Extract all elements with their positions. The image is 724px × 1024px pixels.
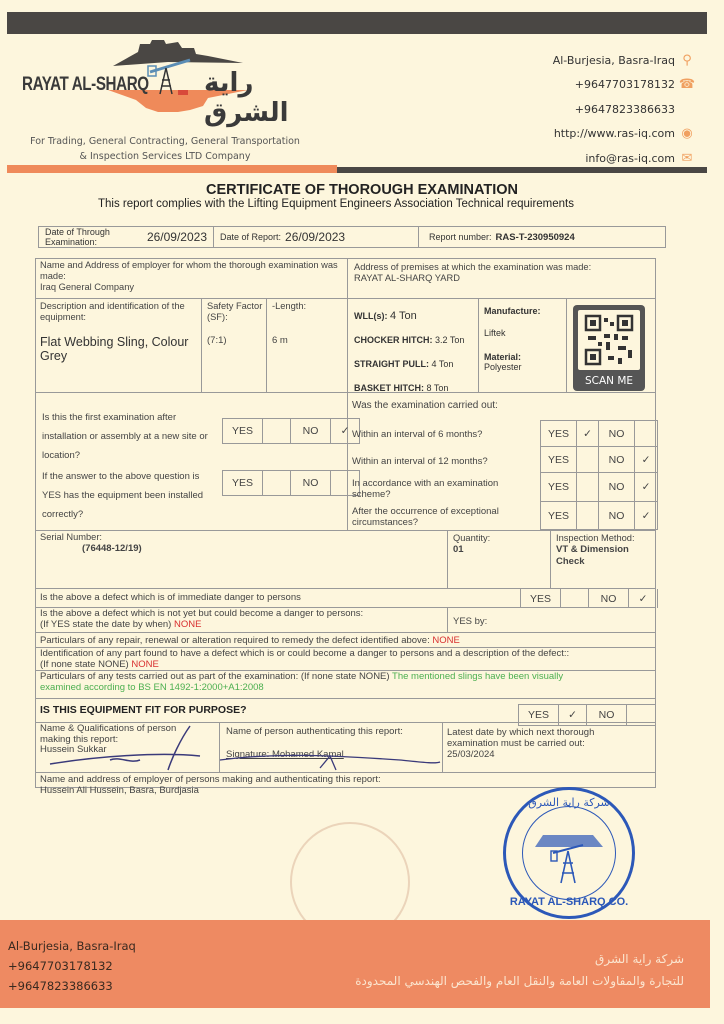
carried-out-no-checkbox[interactable]: ✓ — [635, 502, 657, 529]
envelope-icon: ✉ — [680, 151, 694, 165]
length-cell: -Length: 6 m — [272, 301, 342, 346]
inspection-method-cell: Inspection Method: VT & Dimension Check — [556, 533, 654, 568]
employer-cell: Name and Address of employer for whom th… — [40, 260, 340, 293]
repair-answer: NONE — [432, 635, 459, 646]
yes-by-label: YES by: — [453, 616, 487, 627]
footer-band: Al-Burjesia, Basra-Iraq +9647703178132 +… — [0, 920, 710, 1008]
immediate-danger-yes-no: YES NO ✓ — [520, 589, 658, 608]
installed-question: If the answer to the above question is Y… — [42, 467, 217, 524]
header-orange-divider — [7, 165, 337, 173]
footer-phone-1: +9647703178132 — [8, 956, 136, 976]
certificate-title: CERTIFICATE OF THOROUGH EXAMINATION — [0, 182, 724, 198]
identification-cell: Identification of any part found to have… — [40, 648, 569, 670]
premises-address: RAYAT AL-SHARQ YARD — [354, 273, 654, 284]
footer-arabic-name: شركة راية الشرق للتجارة والمقاولات العام… — [355, 948, 684, 992]
contact-website[interactable]: http://www.ras-iq.com◉ — [553, 122, 694, 147]
quantity: 01 — [453, 544, 490, 555]
carried-out-yes-no: YES✓NO — [540, 420, 658, 447]
contact-phone-1: +9647703178132☎ — [553, 73, 694, 98]
carried-out-question: Within an interval of 6 months? — [352, 423, 532, 446]
header-top-bar — [7, 12, 707, 34]
dates-row: Date of Through Examination:26/09/2023 D… — [38, 226, 666, 248]
carried-out-no-checkbox[interactable] — [635, 421, 657, 446]
straight-pull: 4 Ton — [432, 359, 454, 369]
safety-factor-cell: Safety Factor (SF): (7:1) — [207, 301, 263, 346]
qr-code[interactable]: SCAN ME — [573, 305, 645, 391]
exam-date-cell: Date of Through Examination:26/09/2023 — [39, 227, 214, 247]
future-danger-answer: NONE — [174, 619, 201, 630]
exam-date: 26/09/2023 — [147, 230, 207, 244]
first-exam-yes-no: YES NO ✓ — [222, 418, 360, 444]
contact-phone-2: +9647823386633 — [553, 97, 694, 122]
handwritten-signatures-icon — [40, 720, 460, 780]
carried-out-yes-checkbox[interactable]: ✓ — [577, 421, 599, 446]
first-exam-question: Is this the first examination after inst… — [42, 408, 217, 465]
company-name-en: RAYAT AL-SHARQ — [22, 74, 149, 96]
scan-me-label: SCAN ME — [573, 375, 645, 387]
tests-answer: The mentioned slings have been visually — [392, 671, 563, 682]
carried-out-yes-checkbox[interactable] — [577, 447, 599, 472]
installed-yes-checkbox[interactable] — [263, 471, 291, 495]
carried-out-question: In accordance with an examination scheme… — [352, 476, 532, 501]
carried-out-yes-checkbox[interactable] — [577, 502, 599, 529]
material: Polyester — [484, 362, 564, 372]
employer-name: Iraq General Company — [40, 282, 340, 293]
footer-phone-2: +9647823386633 — [8, 976, 136, 996]
contact-address: Al-Burjesia, Basra-Iraq⚲ — [553, 48, 694, 73]
next-exam-date: 25/03/2024 — [447, 749, 594, 760]
quantity-cell: Quantity: 01 — [453, 533, 490, 555]
carried-out-no-checkbox[interactable]: ✓ — [635, 447, 657, 472]
identification-answer: NONE — [131, 659, 158, 670]
carried-out-yes-no: YESNO✓ — [540, 473, 658, 502]
stamp-pumpjack-icon — [523, 807, 614, 898]
future-danger-cell: Is the above a defect which is not yet b… — [40, 608, 363, 630]
inspection-method: VT & Dimension Check — [556, 544, 654, 568]
manufacture-cell: Manufacture: Liftek Material: Polyester — [484, 306, 564, 372]
location-pin-icon: ⚲ — [680, 53, 694, 67]
carried-out-question: Within an interval of 12 months? — [352, 450, 532, 472]
company-tagline: For Trading, General Contracting, Genera… — [20, 134, 310, 164]
carried-out-label: Was the examination carried out: — [352, 400, 498, 411]
report-number: RAS-T-230950924 — [496, 232, 575, 243]
equipment-description: Flat Webbing Sling, Colour Grey — [40, 335, 198, 363]
next-exam-cell: Latest date by which next thorough exami… — [447, 727, 594, 760]
stamp-text-ar: شركة راية الشرق — [506, 796, 632, 809]
contact-block: Al-Burjesia, Basra-Iraq⚲ +9647703178132☎… — [553, 48, 694, 171]
safety-factor: (7:1) — [207, 335, 263, 346]
report-number-cell: Report number:RAS-T-230950924 — [419, 227, 665, 247]
company-stamp: RAYAT AL-SHARQ CO. شركة راية الشرق — [503, 787, 635, 919]
carried-out-no-checkbox[interactable]: ✓ — [635, 473, 657, 501]
serial-cell: Serial Number: (76448-12/19) — [40, 532, 142, 554]
carried-out-yes-no: YESNO✓ — [540, 447, 658, 473]
telephone-icon: ☎ — [680, 78, 694, 92]
contact-email[interactable]: info@ras-iq.com✉ — [553, 146, 694, 171]
serial-number: (76448-12/19) — [82, 543, 142, 554]
premises-cell: Address of premises at which the examina… — [354, 262, 654, 284]
choker-hitch: 3.2 Ton — [435, 335, 464, 345]
stamp-text-en: RAYAT AL-SHARQ CO. — [506, 896, 632, 908]
certificate-subtitle: This report complies with the Lifting Eq… — [66, 198, 606, 210]
footer-contact: Al-Burjesia, Basra-Iraq +9647703178132 +… — [8, 936, 136, 996]
globe-icon: ◉ — [680, 127, 694, 141]
employer-of-persons-cell: Name and address of employer of persons … — [40, 774, 381, 796]
wll-cell: WLL(s): 4 Ton CHOCKER HITCH: 3.2 Ton STR… — [354, 304, 478, 400]
carried-out-question: After the occurrence of exceptional circ… — [352, 505, 532, 529]
carried-out-yes-checkbox[interactable] — [577, 473, 599, 501]
footer-address: Al-Burjesia, Basra-Iraq — [8, 936, 136, 956]
installed-yes-no: YES NO — [222, 470, 360, 496]
immediate-danger-question: Is the above a defect which is of immedi… — [40, 592, 301, 603]
company-name-ar: راية الشرق — [204, 68, 318, 128]
equipment-description-cell: Description and identification of the eq… — [40, 301, 198, 363]
wll: 4 Ton — [390, 310, 417, 322]
fit-for-purpose-question: IS THIS EQUIPMENT FIT FOR PURPOSE? — [40, 704, 247, 716]
repair-cell: Particulars of any repair, renewal or al… — [40, 635, 460, 646]
carried-out-yes-no: YESNO✓ — [540, 502, 658, 530]
first-exam-yes-checkbox[interactable] — [263, 419, 291, 443]
company-logo: RAYAT AL-SHARQ راية الشرق — [18, 38, 318, 108]
length: 6 m — [272, 335, 342, 346]
qr-pattern-icon — [578, 310, 640, 370]
report-date: 26/09/2023 — [285, 230, 345, 244]
manufacturer: Liftek — [484, 328, 564, 338]
tests-cell: Particulars of any tests carried out as … — [40, 671, 563, 693]
report-date-cell: Date of Report:26/09/2023 — [214, 227, 419, 247]
employer-of-persons: Hussein Ali Hussein, Basra, Burdjasia — [40, 785, 381, 796]
